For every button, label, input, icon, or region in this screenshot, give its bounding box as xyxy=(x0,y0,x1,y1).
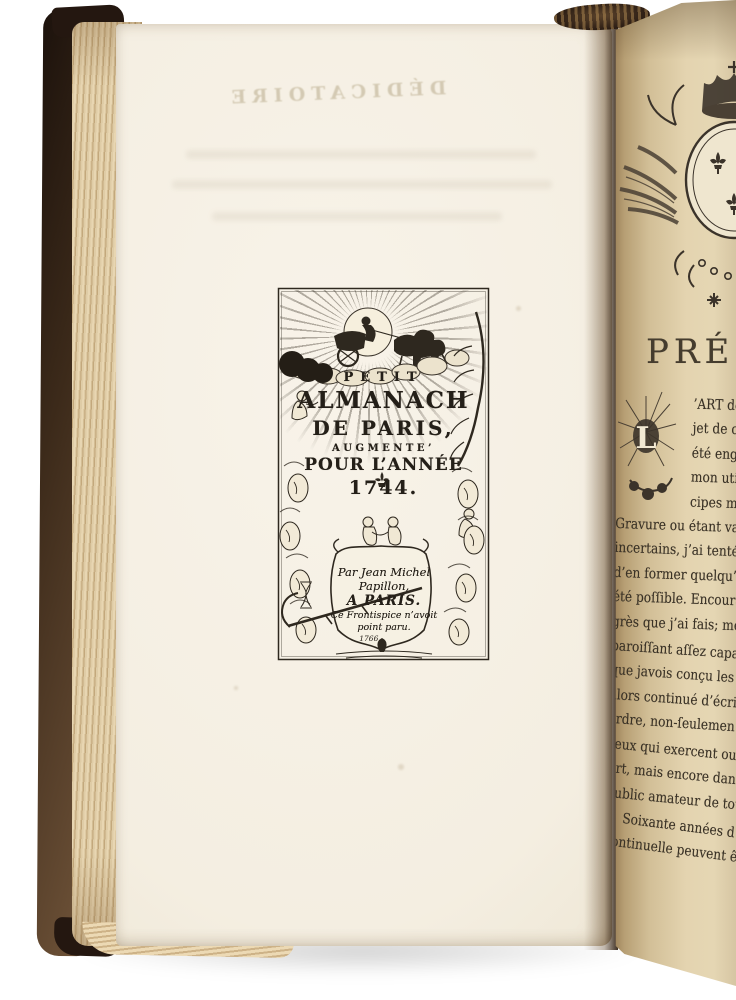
shield-icon xyxy=(686,122,736,238)
showthrough-text-smudge xyxy=(212,212,502,221)
title-line-petit: PETIT xyxy=(284,370,483,385)
foxing-spot xyxy=(398,764,404,770)
foxing-spot xyxy=(234,686,238,690)
order-chain-icon xyxy=(699,260,736,307)
showthrough-text-smudge xyxy=(186,150,536,159)
vignette-title: PETIT ALMANACH DE PARIS, AUGMENTE’ POUR … xyxy=(284,370,483,499)
title-line-augmente: AUGMENTE’ xyxy=(284,443,483,454)
title-line-de-paris: DE PARIS, xyxy=(284,416,483,440)
cartouche-line: Papillon, xyxy=(316,579,452,593)
crown-icon xyxy=(702,61,736,119)
preface-heading: PRÉ xyxy=(646,332,734,372)
showthrough-text-smudge xyxy=(172,180,552,189)
feather-spray-icon xyxy=(620,147,678,223)
title-line-pour: POUR L’ANNÉE xyxy=(284,455,483,475)
title-line-almanach: ALMANACH xyxy=(284,387,483,414)
title-line-year: 1744. xyxy=(284,477,483,499)
foxing-spot xyxy=(516,306,521,311)
cartouche-date: 1766. xyxy=(302,634,438,644)
right-page: PRÉ L ’ART de jet de ce été enga mon uti… xyxy=(612,0,736,1000)
open-book-photo: DÉDICATOIRE xyxy=(0,0,736,1000)
royal-arms-engraving xyxy=(614,55,736,325)
left-page: DÉDICATOIRE xyxy=(116,24,612,946)
cartouche-line: point paru. xyxy=(316,622,452,634)
showthrough-heading: DÉDICATOIRE xyxy=(224,77,449,109)
frontispiece-vignette: PETIT ALMANACH DE PARIS, AUGMENTE’ POUR … xyxy=(276,286,491,662)
gutter-shadow xyxy=(584,16,618,950)
cartouche-line: Par Jean Michel xyxy=(316,565,452,579)
preface-text: ’ART de jet de ce été enga mon utili cip… xyxy=(604,390,736,859)
cartouche-text: Par Jean Michel Papillon, A PARIS. Ce Fr… xyxy=(316,565,452,644)
ground-hatch-icon xyxy=(336,651,432,658)
cartouche-line: Ce Frontispice n’avoit xyxy=(316,610,452,622)
putti-pair-icon xyxy=(363,517,401,545)
cartouche-line: A PARIS. xyxy=(316,593,452,610)
